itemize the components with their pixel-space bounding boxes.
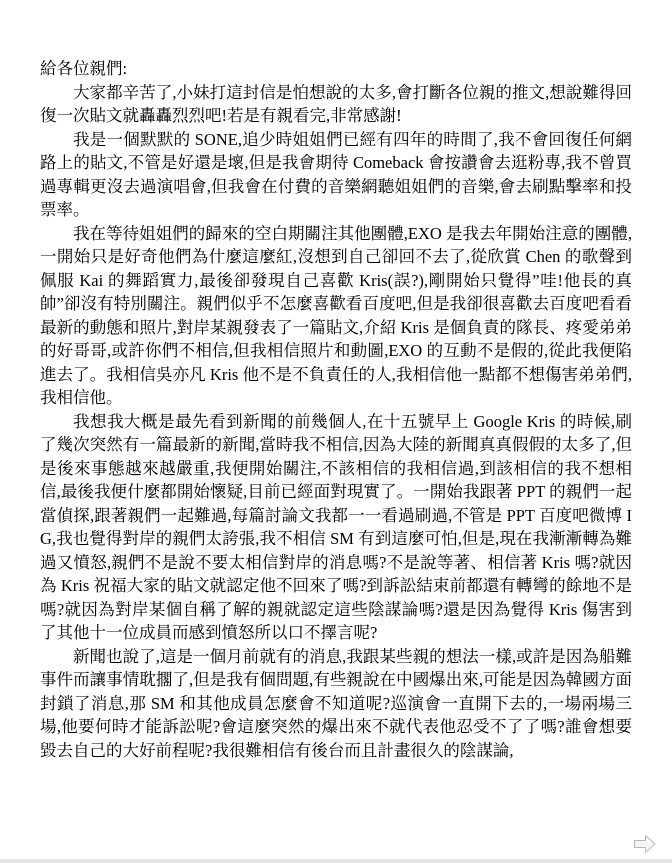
next-page-arrow-icon[interactable] (632, 833, 658, 855)
paragraph-5: 新聞也說了,這是一個月前就有的消息,我跟某些親的想法一樣,或許是因為船難事件而讓… (40, 645, 632, 763)
document-body: 給各位親們: 大家都辛苦了,小妹打這封信是怕想說的太多,會打斷各位親的推文,想說… (40, 57, 632, 762)
paragraph-4: 我想我大概是最先看到新聞的前幾個人,在十五號早上 Google Kris 的時候… (40, 410, 632, 645)
document-page: 給各位親們: 大家都辛苦了,小妹打這封信是怕想說的太多,會打斷各位親的推文,想說… (0, 0, 672, 863)
page-bottom-edge (0, 859, 672, 863)
paragraph-3: 我在等待姐姐們的歸來的空白期關注其他團體,EXO 是我去年開始注意的團體,一開始… (40, 222, 632, 410)
paragraph-2: 我是一個默默的 SONE,追少時姐姐們已經有四年的時間了,我不會回復任何網路上的… (40, 128, 632, 222)
salutation-line: 給各位親們: (40, 57, 632, 81)
paragraph-1: 大家都辛苦了,小妹打這封信是怕想說的太多,會打斷各位親的推文,想說難得回復一次貼… (40, 81, 632, 128)
